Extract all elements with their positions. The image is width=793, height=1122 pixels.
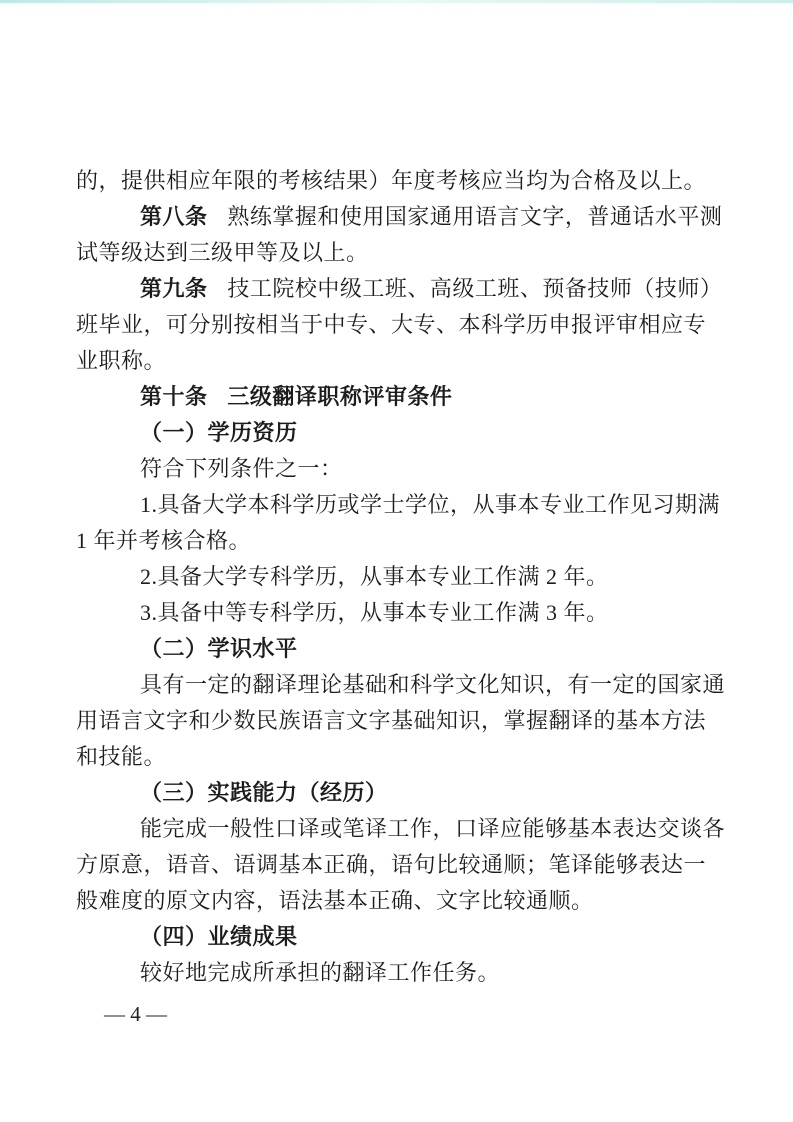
- line-text: 方原意，语音、语调基本正确，语句比较通顺；笔译能够表达一: [76, 852, 706, 877]
- line-text: 2.具备大学专科学历，从事本专业工作满 2 年。: [140, 564, 609, 589]
- text-line: 用语言文字和少数民族语言文字基础知识，掌握翻译的基本方法: [76, 703, 724, 739]
- line-text: （三）实践能力（经历）: [140, 780, 388, 805]
- document-text-block: 的，提供相应年限的考核结果）年度考核应当均为合格及以上。 第八条熟练掌握和使用国…: [76, 163, 724, 991]
- text-line-subheading-3: （三）实践能力（经历）: [76, 775, 724, 811]
- text-line: 1 年并考核合格。: [76, 523, 724, 559]
- text-line-article-8: 第八条熟练掌握和使用国家通用语言文字，普通话水平测: [76, 199, 724, 235]
- line-text: 1 年并考核合格。: [76, 528, 251, 553]
- text-line-subheading-2: （二）学识水平: [76, 631, 724, 667]
- line-text: 和技能。: [76, 744, 166, 769]
- text-line-item-1: 1.具备大学本科学历或学士学位，从事本专业工作见习期满: [76, 487, 724, 523]
- line-text: 1.具备大学本科学历或学士学位，从事本专业工作见习期满: [140, 492, 720, 517]
- line-text: （一）学历资历: [140, 420, 298, 445]
- article-number: 第十条: [140, 384, 208, 409]
- line-text: 技工院校中级工班、高级工班、预备技师（技师）: [227, 276, 722, 301]
- line-text: 班毕业，可分别按相当于中专、大专、本科学历申报评审相应专: [76, 312, 706, 337]
- text-line: 的，提供相应年限的考核结果）年度考核应当均为合格及以上。: [76, 163, 724, 199]
- text-line-article-9: 第九条技工院校中级工班、高级工班、预备技师（技师）: [76, 271, 724, 307]
- article-number: 第九条: [140, 276, 208, 301]
- text-line-item-2: 2.具备大学专科学历，从事本专业工作满 2 年。: [76, 559, 724, 595]
- text-line: 班毕业，可分别按相当于中专、大专、本科学历申报评审相应专: [76, 307, 724, 343]
- text-line: 具有一定的翻译理论基础和科学文化知识，有一定的国家通: [76, 667, 724, 703]
- article-number: 第八条: [140, 204, 208, 229]
- text-line-subheading-1: （一）学历资历: [76, 415, 724, 451]
- line-text: 具有一定的翻译理论基础和科学文化知识，有一定的国家通: [140, 672, 725, 697]
- text-line: 试等级达到三级甲等及以上。: [76, 235, 724, 271]
- text-line-subheading-4: （四）业绩成果: [76, 919, 724, 955]
- page-number: — 4 —: [104, 1002, 167, 1027]
- line-text: 3.具备中等专科学历，从事本专业工作满 3 年。: [140, 600, 609, 625]
- text-line: 般难度的原文内容，语法基本正确、文字比较通顺。: [76, 883, 724, 919]
- text-line: 符合下列条件之一：: [76, 451, 724, 487]
- text-line: 较好地完成所承担的翻译工作任务。: [76, 955, 724, 991]
- line-text: 能完成一般性口译或笔译工作，口译应能够基本表达交谈各: [140, 816, 725, 841]
- line-text: 般难度的原文内容，语法基本正确、文字比较通顺。: [76, 888, 594, 913]
- text-line-item-3: 3.具备中等专科学历，从事本专业工作满 3 年。: [76, 595, 724, 631]
- line-text: 试等级达到三级甲等及以上。: [76, 240, 369, 265]
- line-text: 用语言文字和少数民族语言文字基础知识，掌握翻译的基本方法: [76, 708, 706, 733]
- line-text: 的，提供相应年限的考核结果）年度考核应当均为合格及以上。: [76, 168, 706, 193]
- text-line-article-10: 第十条三级翻译职称评审条件: [76, 379, 724, 415]
- text-line: 和技能。: [76, 739, 724, 775]
- line-text: 熟练掌握和使用国家通用语言文字，普通话水平测: [227, 204, 722, 229]
- text-line: 能完成一般性口译或笔译工作，口译应能够基本表达交谈各: [76, 811, 724, 847]
- line-text: 三级翻译职称评审条件: [227, 384, 452, 409]
- text-line: 业职称。: [76, 343, 724, 379]
- line-text: （四）业绩成果: [140, 924, 298, 949]
- scan-artifact-line: [0, 0, 793, 3]
- line-text: 符合下列条件之一：: [140, 456, 343, 481]
- line-text: 较好地完成所承担的翻译工作任务。: [140, 960, 500, 985]
- line-text: （二）学识水平: [140, 636, 298, 661]
- document-page: 的，提供相应年限的考核结果）年度考核应当均为合格及以上。 第八条熟练掌握和使用国…: [0, 0, 793, 1122]
- text-line: 方原意，语音、语调基本正确，语句比较通顺；笔译能够表达一: [76, 847, 724, 883]
- line-text: 业职称。: [76, 348, 166, 373]
